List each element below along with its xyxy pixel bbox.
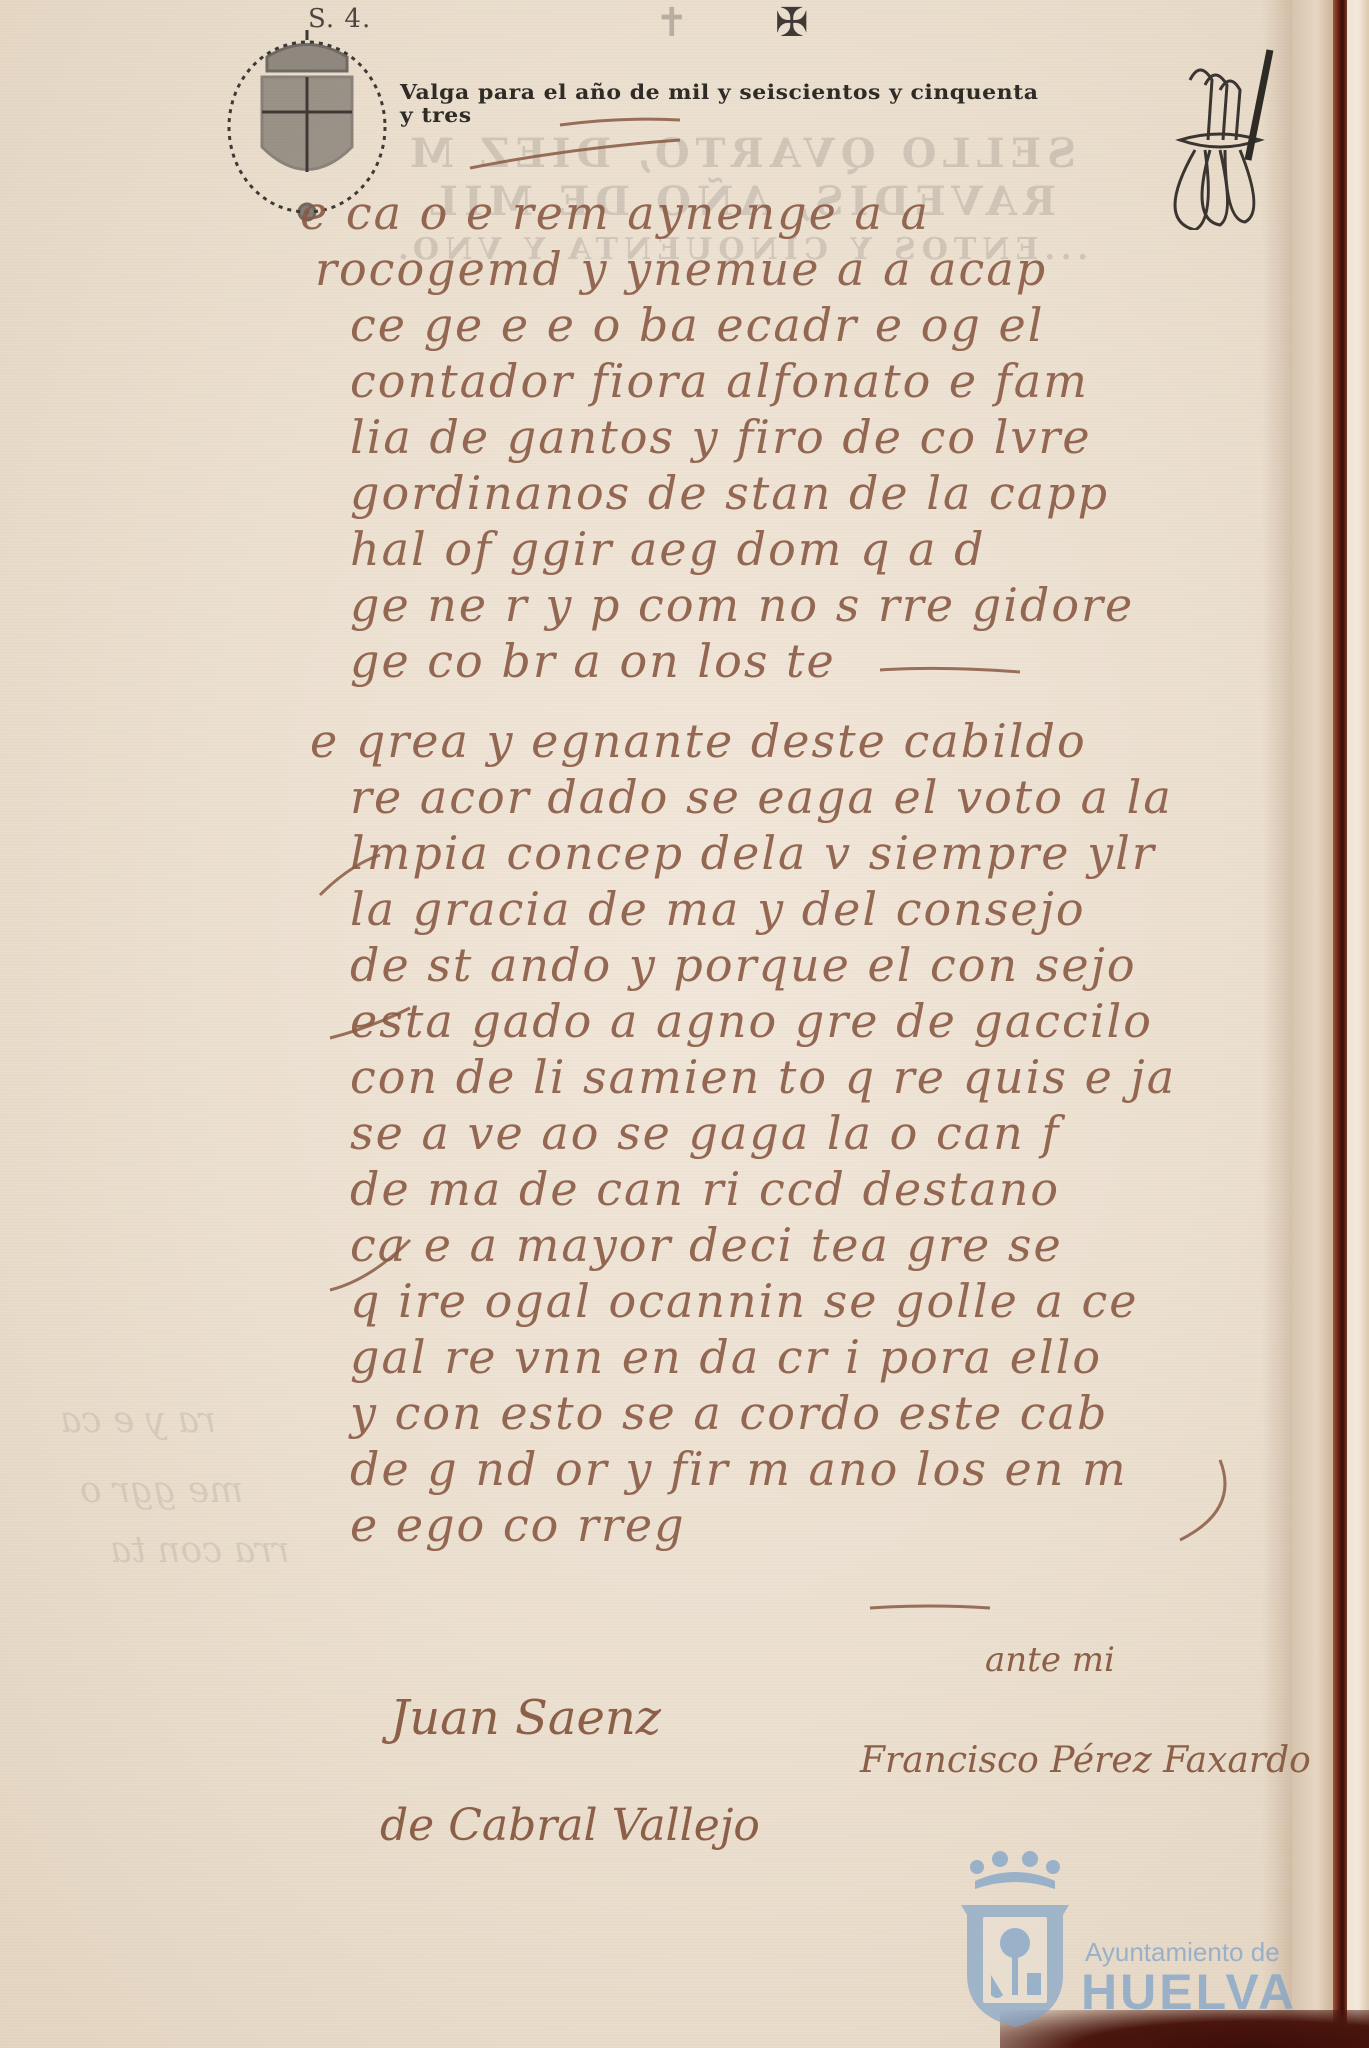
manuscript-line: gal re vnn en da cr i pora ello xyxy=(350,1329,1270,1385)
next-page-edge xyxy=(1347,0,1369,2048)
ante-mi-label: ante mi xyxy=(985,1640,1115,1680)
bleed-handwriting: ra y e ca xyxy=(60,1400,216,1441)
stamp-line-2: y tres xyxy=(400,104,1140,127)
binding-red-edge xyxy=(1333,0,1347,2048)
manuscript-line: lia de gantos y firo de co lvre xyxy=(350,409,1270,465)
stamp-line-1: Valga para el año de mil y seiscientos y… xyxy=(400,81,1140,104)
manuscript-line: ca e a mayor deci tea gre se xyxy=(350,1217,1270,1273)
manuscript-line: la gracia de ma y del consejo xyxy=(350,881,1270,937)
bleed-handwriting: me ggr o xyxy=(80,1470,243,1511)
manuscript-line: contador fiora alfonato e fam xyxy=(350,353,1270,409)
manuscript-line: de ma de can ri ccd destano xyxy=(350,1161,1270,1217)
bleed-line-1: SELLO QVARTO, DIEZ M xyxy=(290,130,1190,178)
manuscript-line: con de li samien to q re quis e ja xyxy=(350,1049,1270,1105)
manuscript-line: y con esto se a cordo este cab xyxy=(350,1385,1270,1441)
cross-icon-faint: ✝ xyxy=(655,0,689,46)
manuscript-line: q ire ogal ocannin se golle a ce xyxy=(350,1273,1270,1329)
watermark-org-line-2: HUELVA xyxy=(1081,1963,1297,2021)
manuscript-line: e qrea y egnante deste cabildo xyxy=(310,713,1270,769)
manuscript-line: rocogemd y ynemue a a acap xyxy=(315,241,1270,297)
manuscript-line: e ego co rreg xyxy=(350,1497,1270,1553)
bleed-handwriting: rra con ta xyxy=(110,1530,290,1571)
manuscript-line: e ca o e rem aynenge a a xyxy=(300,185,1270,241)
huelva-watermark: Ayuntamiento de HUELVA xyxy=(955,1845,1285,2035)
printed-stamp-text: Valga para el año de mil y seiscientos y… xyxy=(400,81,1140,127)
manuscript-line: de st ando y porque el con sejo xyxy=(350,937,1270,993)
manuscript-line: lmpia concep dela v siempre ylr xyxy=(350,825,1270,881)
huelva-shield-icon xyxy=(955,1845,1075,2030)
manuscript-line: se a ve ao se gaga la o can f xyxy=(350,1105,1270,1161)
signature-line-2: de Cabral Vallejo xyxy=(380,1800,760,1851)
manuscript-line: ge co br a on los te xyxy=(350,633,1270,689)
signature-line-1: Juan Saenz xyxy=(390,1690,661,1746)
manuscript-line: re acor dado se eaga el voto a la xyxy=(350,769,1270,825)
manuscript-body: e ca o e rem aynenge a a rocogemd y ynem… xyxy=(350,185,1270,1553)
notary-signature: Francisco Pérez Faxardo xyxy=(860,1740,1311,1781)
manuscript-line: ce ge e e o ba ecadr e og el xyxy=(350,297,1270,353)
manuscript-line: ge ne r y p com no s rre gidore xyxy=(350,577,1270,633)
manuscript-line: hal of ggir aeg dom q a d xyxy=(350,521,1270,577)
cross-icon: ✠ xyxy=(775,0,809,46)
manuscript-line: esta gado a agno gre de gaccilo xyxy=(350,993,1270,1049)
manuscript-line: gordinanos de stan de la capp xyxy=(350,465,1270,521)
manuscript-line: de g nd or y fir m ano los en m xyxy=(350,1441,1270,1497)
